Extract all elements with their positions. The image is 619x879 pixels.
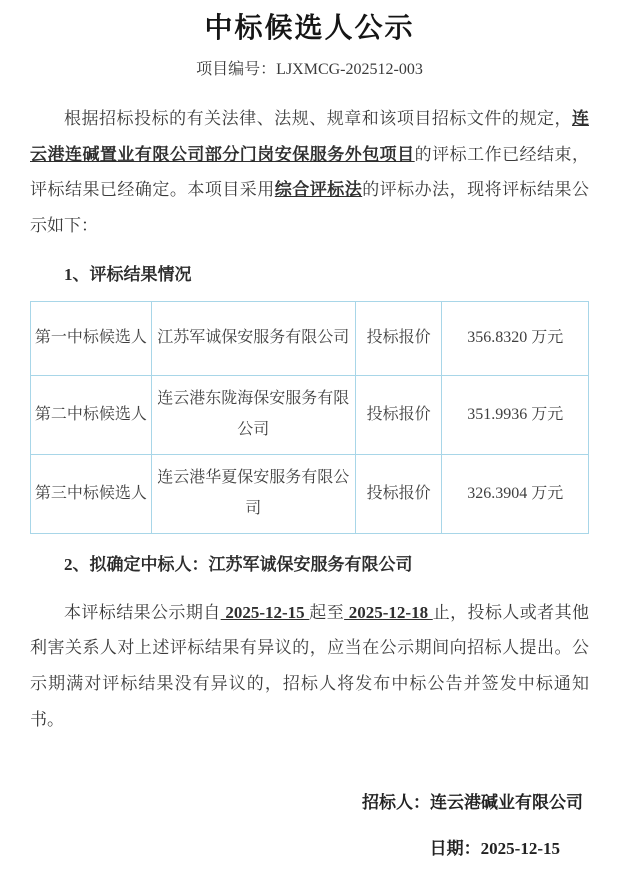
bid-price-cell: 356.8320 万元: [442, 301, 589, 375]
notice-text-2: 起至: [309, 603, 344, 622]
bid-item-cell: 投标报价: [355, 454, 442, 533]
bid-item-cell: 投标报价: [355, 375, 442, 454]
tenderer-line: 招标人：连云港碱业有限公司: [30, 788, 589, 813]
winner-label: 2、拟确定中标人：: [64, 555, 209, 574]
table-row: 第一中标候选人 江苏军诚保安服务有限公司 投标报价 356.8320 万元: [31, 301, 589, 375]
publicity-end-date: 2025-12-18: [344, 603, 433, 622]
table-row: 第三中标候选人 连云港华夏保安服务有限公司 投标报价 326.3904 万元: [31, 454, 589, 533]
intro-paragraph: 根据招标投标的有关法律、法规、规章和该项目招标文件的规定，连云港连碱置业有限公司…: [30, 101, 589, 244]
notice-paragraph: 本评标结果公示期自 2025-12-15 起至 2025-12-18 止，投标人…: [30, 595, 589, 738]
date-value: 2025-12-15: [481, 839, 560, 858]
candidate-rank-cell: 第三中标候选人: [31, 454, 152, 533]
table-row: 第二中标候选人 连云港东陇海保安服务有限公司 投标报价 351.9936 万元: [31, 375, 589, 454]
intro-text-1: 根据招标投标的有关法律、法规、规章和该项目招标文件的规定，: [64, 109, 572, 128]
project-number-label: 项目编号：: [196, 61, 276, 78]
signature-block: 招标人：连云港碱业有限公司 日期：2025-12-15: [30, 788, 589, 859]
bid-item-cell: 投标报价: [355, 301, 442, 375]
publicity-start-date: 2025-12-15: [221, 603, 310, 622]
bid-price-cell: 351.9936 万元: [442, 375, 589, 454]
candidate-rank-cell: 第一中标候选人: [31, 301, 152, 375]
notice-text-1: 本评标结果公示期自: [64, 603, 221, 622]
result-table: 第一中标候选人 江苏军诚保安服务有限公司 投标报价 356.8320 万元 第二…: [30, 301, 589, 534]
tenderer-name: 连云港碱业有限公司: [430, 793, 583, 812]
candidate-company-cell: 江苏军诚保安服务有限公司: [151, 301, 355, 375]
date-line: 日期：2025-12-15: [30, 834, 589, 859]
section1-heading: 1、评标结果情况: [30, 260, 589, 285]
project-number-value: LJXMCG-202512-003: [276, 61, 423, 78]
tenderer-label: 招标人：: [362, 793, 430, 812]
date-label: 日期：: [430, 839, 481, 858]
evaluation-method-emphasis: 综合评标法: [275, 180, 362, 199]
winner-name: 江苏军诚保安服务有限公司: [209, 555, 413, 574]
candidate-company-cell: 连云港东陇海保安服务有限公司: [151, 375, 355, 454]
candidate-rank-cell: 第二中标候选人: [31, 375, 152, 454]
candidate-company-cell: 连云港华夏保安服务有限公司: [151, 454, 355, 533]
project-number: 项目编号：LJXMCG-202512-003: [30, 56, 589, 79]
bid-price-cell: 326.3904 万元: [442, 454, 589, 533]
announcement-document: 中标候选人公示 项目编号：LJXMCG-202512-003 根据招标投标的有关…: [0, 0, 619, 879]
page-title: 中标候选人公示: [30, 6, 589, 46]
section2-heading: 2、拟确定中标人：江苏军诚保安服务有限公司: [30, 550, 589, 575]
